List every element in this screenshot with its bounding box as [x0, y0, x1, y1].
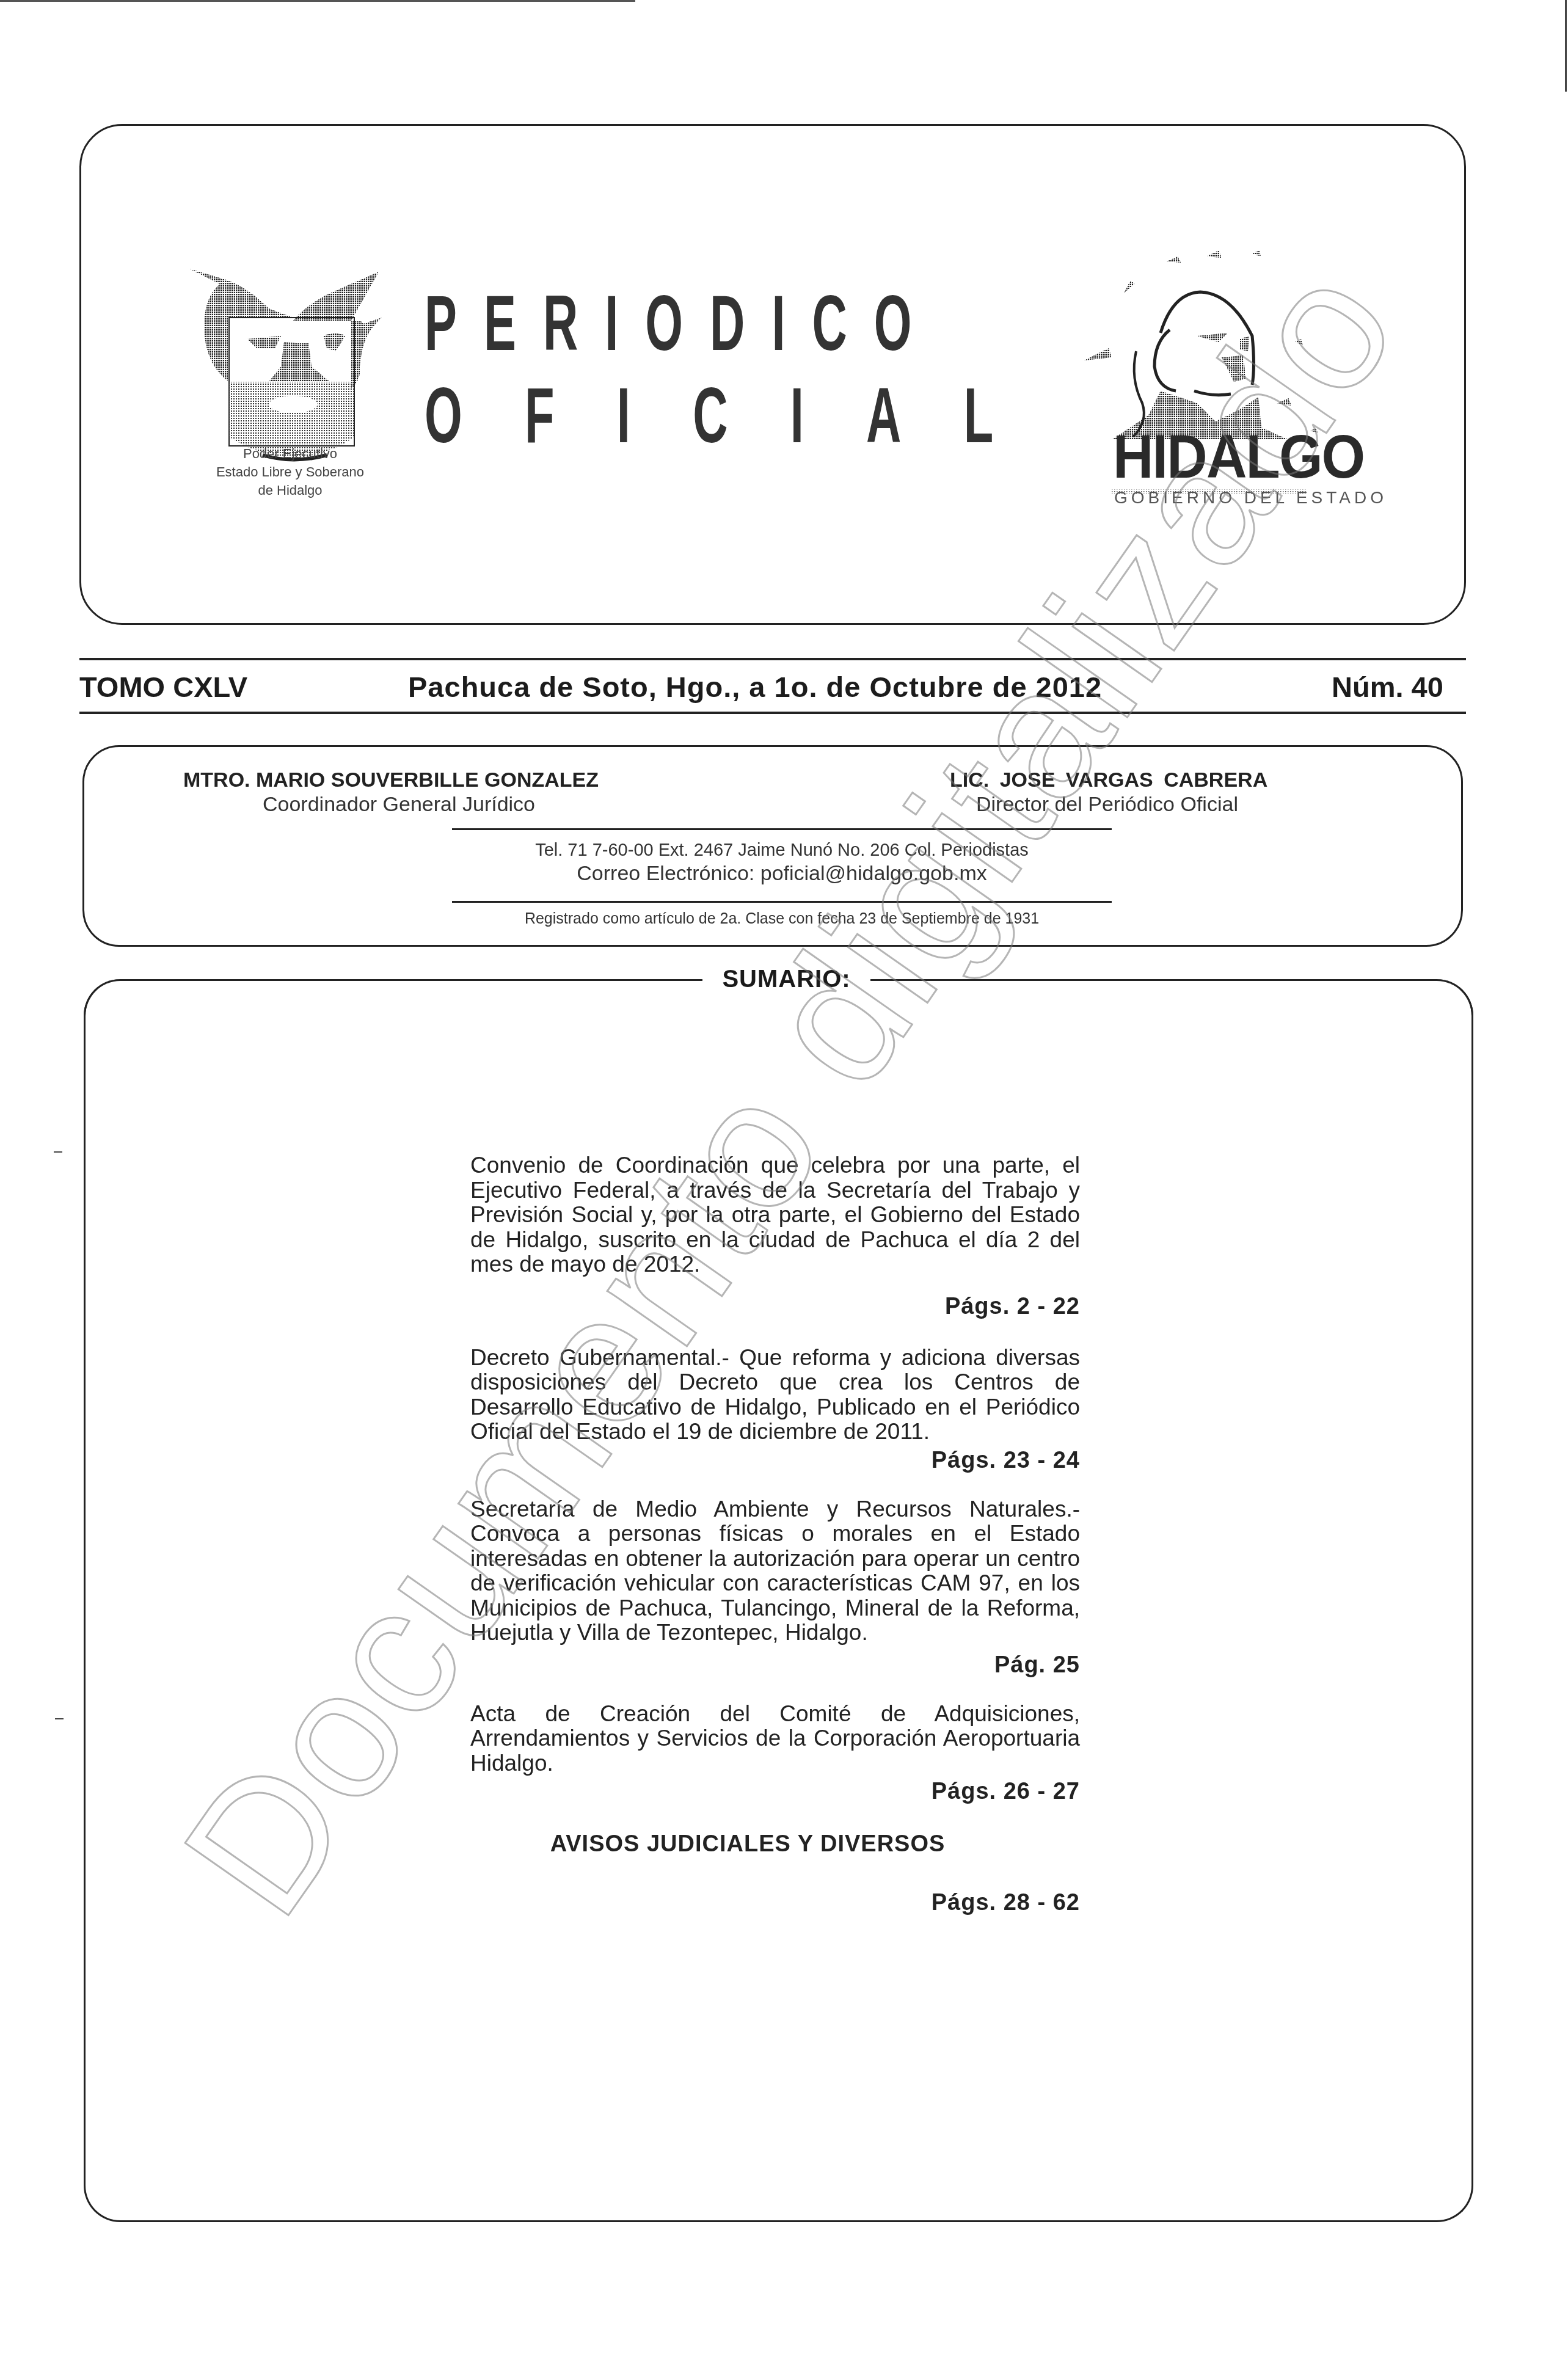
coordinator-name: MTRO. MARIO SOUVERBILLE GONZALEZ [183, 768, 599, 792]
emblem-caption-line: de Hidalgo [153, 481, 428, 500]
summary-entry-pages: Págs. 26 - 27 [470, 1778, 1080, 1805]
emblem-caption-line: Estado Libre y Soberano [153, 463, 428, 481]
publication-title-line-2: OFICIAL [425, 377, 773, 455]
coordinator-role: Coordinador General Jurídico [263, 793, 535, 816]
director-name: LIC. JOSE VARGAS CABRERA [950, 768, 1267, 792]
hidalgo-subtitle: GOBIERNO DEL ESTADO [1114, 489, 1387, 507]
contact-address: Tel. 71 7-60-00 Ext. 2467 Jaime Nunó No.… [452, 839, 1112, 861]
registration-note: Registrado como artículo de 2a. Clase co… [452, 908, 1112, 929]
scan-edge-line [1565, 0, 1567, 92]
summary-entry-pages: Pág. 25 [470, 1652, 1080, 1679]
summary-entry: Acta de Creación del Comité de Adquisici… [470, 1702, 1080, 1806]
contact-email: Correo Electrónico: poficial@hidalgo.gob… [452, 861, 1112, 886]
summary-entry-text: Decreto Gubernamental.- Que reforma y ad… [470, 1346, 1080, 1445]
publication-title-line-1: PERIODICO [425, 285, 773, 363]
hidalgo-government-logo: HIDALGO GOBIERNO DEL ESTADO [1075, 220, 1332, 538]
masthead-rule-bottom [79, 712, 1466, 714]
summary-frame-corner [84, 979, 126, 1022]
emblem-caption-line: Poder Ejecutivo [153, 445, 428, 463]
summary-frame-top-rule [122, 979, 702, 981]
summary-contents: Convenio de Coordinación que celebra por… [470, 1153, 1080, 1916]
info-divider [452, 828, 1112, 830]
summary-frame-top-rule [870, 979, 1432, 981]
summary-entry: Secretaría de Medio Ambiente y Recursos … [470, 1497, 1080, 1679]
summary-entry: Convenio de Coordinación que celebra por… [470, 1153, 1080, 1320]
masthead-rule-top [79, 658, 1466, 660]
hidalgo-wordmark: HIDALGO [1113, 426, 1364, 487]
summary-entry-text: Convenio de Coordinación que celebra por… [470, 1153, 1080, 1277]
scan-mark [54, 1151, 62, 1153]
judicial-notices-heading: AVISOS JUDICIALES Y DIVERSOS [415, 1831, 1080, 1857]
volume-label: TOMO CXLV [79, 670, 247, 704]
director-role: Director del Periódico Oficial [976, 793, 1238, 816]
judicial-notices-pages: Págs. 28 - 62 [470, 1889, 1080, 1916]
summary-heading: SUMARIO: [702, 965, 870, 993]
summary-entry-text: Acta de Creación del Comité de Adquisici… [470, 1702, 1080, 1776]
summary-entry: Decreto Gubernamental.- Que reforma y ad… [470, 1346, 1080, 1474]
summary-frame-corner [1431, 979, 1473, 1022]
summary-entry-pages: Págs. 2 - 22 [470, 1293, 1080, 1320]
summary-entry-text: Secretaría de Medio Ambiente y Recursos … [470, 1497, 1080, 1646]
info-divider [452, 901, 1112, 903]
place-and-date: Pachuca de Soto, Hgo., a 1o. de Octubre … [408, 670, 1102, 704]
scan-edge-line [0, 0, 635, 2]
scan-mark [55, 1718, 64, 1719]
summary-entry-pages: Págs. 23 - 24 [470, 1447, 1080, 1474]
issue-number: Núm. 40 [1332, 670, 1443, 704]
